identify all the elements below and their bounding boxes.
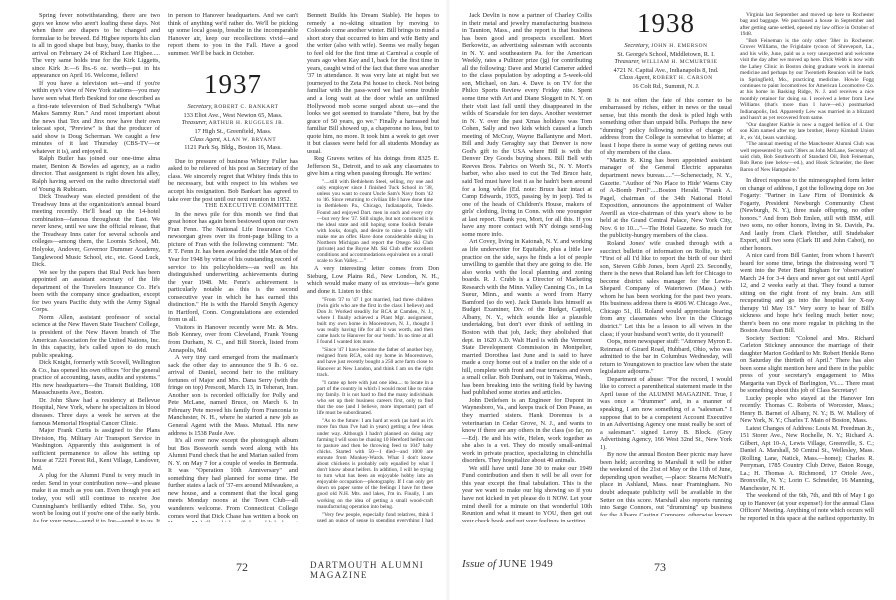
paragraph: Art Covey, living in Katonah, N. Y. and …	[462, 238, 592, 396]
paragraph: We still have until June 30 to make our …	[462, 465, 592, 522]
paragraph: "Bob Feineman is the only other '38er in…	[740, 38, 874, 122]
page-number: 72	[236, 560, 248, 575]
quotation: "....still with Bethlehem Steel, selling…	[307, 178, 439, 265]
paragraph: It is not often the fate of this corner …	[600, 97, 732, 157]
right-page: Jack Devlin is now a partner of Charley …	[448, 0, 896, 600]
class-officer-treasurer: Treasurer, ARTHUR H. RUGGLES JR. 17 High…	[168, 119, 298, 135]
page-number: 73	[654, 560, 666, 575]
class-year-heading: 1938	[600, 8, 732, 38]
paragraph: Dick Treadway was elected president of t…	[32, 193, 160, 268]
quotation: "As to the future: I am hard at work (as…	[307, 417, 439, 510]
quotation: "From '37 to '47 I got married, had thre…	[307, 296, 439, 347]
paragraph: If you have a television set—and if you'…	[32, 80, 160, 155]
signature: THE EXECUTIVE COMMITTEE	[168, 203, 298, 211]
paragraph: Department of abuse: "For the record, I …	[600, 376, 732, 451]
paragraph: Spring fever notwithstanding, there are …	[32, 12, 160, 80]
paragraph: Society Section: "Colonel and Mrs. Richa…	[740, 335, 874, 395]
paragraph: Roland Jones' wife crashed through with …	[600, 240, 732, 338]
paragraph: Latest Changes of Address: Louis M. Free…	[740, 425, 874, 493]
paragraph: Lucky people who stayed at the Hanover I…	[740, 395, 874, 425]
paragraph: Virginia last September and moved up her…	[740, 12, 874, 38]
paragraph: "Martin R. King has been appointed assis…	[600, 157, 732, 240]
column-5: 1938 Secretary, JOHN H. EMERSON St. Geor…	[600, 6, 732, 516]
quotation: "Since '47 I have become the father of a…	[307, 346, 439, 378]
quotation: "Very few people, especially fond relati…	[307, 511, 439, 522]
paragraph: A plug for the Alumni Fund is very much …	[32, 472, 160, 522]
paragraph: In the news pile for this month we find …	[168, 211, 298, 324]
column-6: Virginia last September and moved up her…	[740, 12, 874, 522]
paragraph: Bennett Builds his Dream Stable). He hop…	[307, 12, 439, 155]
class-officer-secretary: Secretary, JOHN H. EMERSON St. George's …	[600, 42, 732, 58]
paragraph: Dick Knight, formerly with Scovell, Well…	[32, 359, 160, 397]
paragraph: Norm Allen, assistant professor of socia…	[32, 314, 160, 359]
class-officer-agent: Class Agent, ROBERT H. CARSON 16 Colt Rd…	[600, 74, 732, 90]
paragraph: Jack Devlin is now a partner of Charley …	[462, 12, 592, 238]
paragraph: Oops, more newspaper stuff: "Attorney My…	[600, 338, 732, 376]
class-officer-treasurer: Treasurer, WILLIAM H. MCMURTRIE 4721 N. …	[600, 58, 732, 74]
running-title: DARTMOUTH ALUMNI MAGAZINE	[310, 560, 448, 580]
paragraph: Ralph Butler has joined our one-time alm…	[32, 155, 160, 193]
paragraph: Visitors in Hanover recently were Mr. & …	[168, 324, 298, 354]
paragraph: We see by the papers that Rial Peck has …	[32, 269, 160, 314]
column-4: Jack Devlin is now a partner of Charley …	[462, 12, 592, 522]
paragraph: A very tiny card emerged from the mailma…	[168, 354, 298, 437]
paragraph: It's all over now except the photograph …	[168, 437, 298, 522]
paragraph: A very interesting letter comes from Don…	[307, 265, 439, 295]
column-3: Bennett Builds his Dream Stable). He hop…	[307, 12, 439, 522]
quotation: "I came up here with just one idea.... t…	[307, 379, 439, 418]
paragraph: in person to Hanover headquarters. And w…	[168, 12, 298, 57]
left-page: Spring fever notwithstanding, there are …	[0, 0, 448, 600]
paragraph: John Detlefsen is an Engineer for Dupont…	[462, 397, 592, 465]
paragraph: Due to pressure of business Whitey Fulle…	[168, 158, 298, 203]
issue-label: Issue of JUNE 1949	[462, 558, 553, 570]
column-2: in person to Hanover headquarters. And w…	[168, 12, 298, 522]
paragraph: The weekend of the 6th, 7th, and 8th of …	[740, 492, 874, 522]
class-officer-secretary: Secretary, ROBERT C. BANKART 133 Eliot A…	[168, 103, 298, 119]
paragraph: In direct response to the mimeographed f…	[740, 177, 874, 252]
column-1: Spring fever notwithstanding, there are …	[32, 12, 160, 522]
class-year-heading: 1937	[168, 69, 298, 99]
paragraph: Major Frank Curtis is assigned to the Pl…	[32, 427, 160, 472]
paragraph: A nice card from Bill Ganter, from whom …	[740, 252, 874, 335]
paragraph: By now the annual Boston Beer picnic may…	[600, 451, 732, 516]
paragraph: Dr. John Shaw had a residency at Bellevu…	[32, 397, 160, 427]
paragraph: "The annual meeting of the Manchester Al…	[740, 141, 874, 173]
class-officer-agent: Class Agent, ALAN W. BRYANT 1121 Park Sq…	[168, 136, 298, 152]
paragraph: "Our daughter Kathie is now a rugged hel…	[740, 122, 874, 141]
paragraph: Reg Graves writes of his doings from 832…	[307, 155, 439, 178]
